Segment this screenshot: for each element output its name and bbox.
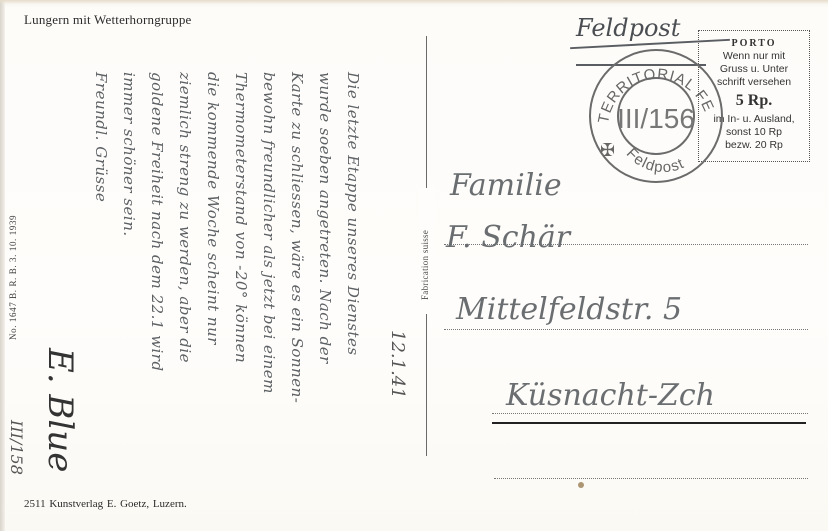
card-edge-top (0, 0, 828, 4)
address-underline (492, 422, 806, 424)
address-line-2: F. Schär (446, 220, 570, 255)
fabrication-label: Fabrication suisse (420, 230, 430, 300)
message-line: goldene Freiheit nach dem 22.1 wird (148, 72, 166, 372)
signature: E. Blue (40, 348, 80, 472)
feldpost-handwritten: Feldpost (576, 14, 680, 42)
paper-stain (578, 482, 584, 488)
postcard-back: Lungern mit Wetterhorngruppe No. 1647 B.… (0, 0, 828, 531)
cancellation-stamp-icon: TERRITORIAL FEST. Feldpost III/156 ✠ (586, 46, 726, 186)
address-line-4: Küsnacht-Zch (506, 378, 715, 413)
address-dotted-line (494, 478, 808, 479)
unit-note: III/158 (7, 420, 26, 475)
address-dotted-line (492, 413, 808, 414)
message-line: immer schöner sein. (120, 72, 138, 237)
message-line: bewohn freundlicher als jetzt bei einem (260, 72, 278, 394)
printed-approval-number: No. 1647 B. R. B. 3. 10. 1939 (8, 215, 18, 340)
message-line: ziemlich streng zu werden, aber die (176, 72, 194, 363)
svg-text:✠: ✠ (600, 140, 615, 161)
card-edge-left (0, 0, 5, 531)
message-date: 12.1.41 (387, 330, 408, 399)
svg-text:Feldpost: Feldpost (623, 145, 687, 176)
address-dotted-line (444, 329, 808, 330)
printed-title: Lungern mit Wetterhorngruppe (24, 12, 192, 28)
message-line: Die letzte Etappe unseres Dienstes (344, 72, 362, 356)
address-line-3: Mittelfeldstr. 5 (456, 292, 682, 327)
message-line: Thermometerstand von -20° können (232, 72, 250, 363)
printed-publisher: 2511 Kunstverlag E. Goetz, Luzern. (24, 498, 187, 510)
svg-text:III/156: III/156 (617, 103, 695, 134)
message-line: wurde soeben angetreten. Nach der (316, 72, 334, 364)
message-line: Karte zu schliessen, wäre es ein Sonnen- (288, 72, 306, 403)
message-line: die kommende Woche scheint nur (204, 72, 222, 345)
address-line-1: Familie (450, 168, 562, 203)
message-line: Freundl. Grüsse (92, 72, 110, 202)
